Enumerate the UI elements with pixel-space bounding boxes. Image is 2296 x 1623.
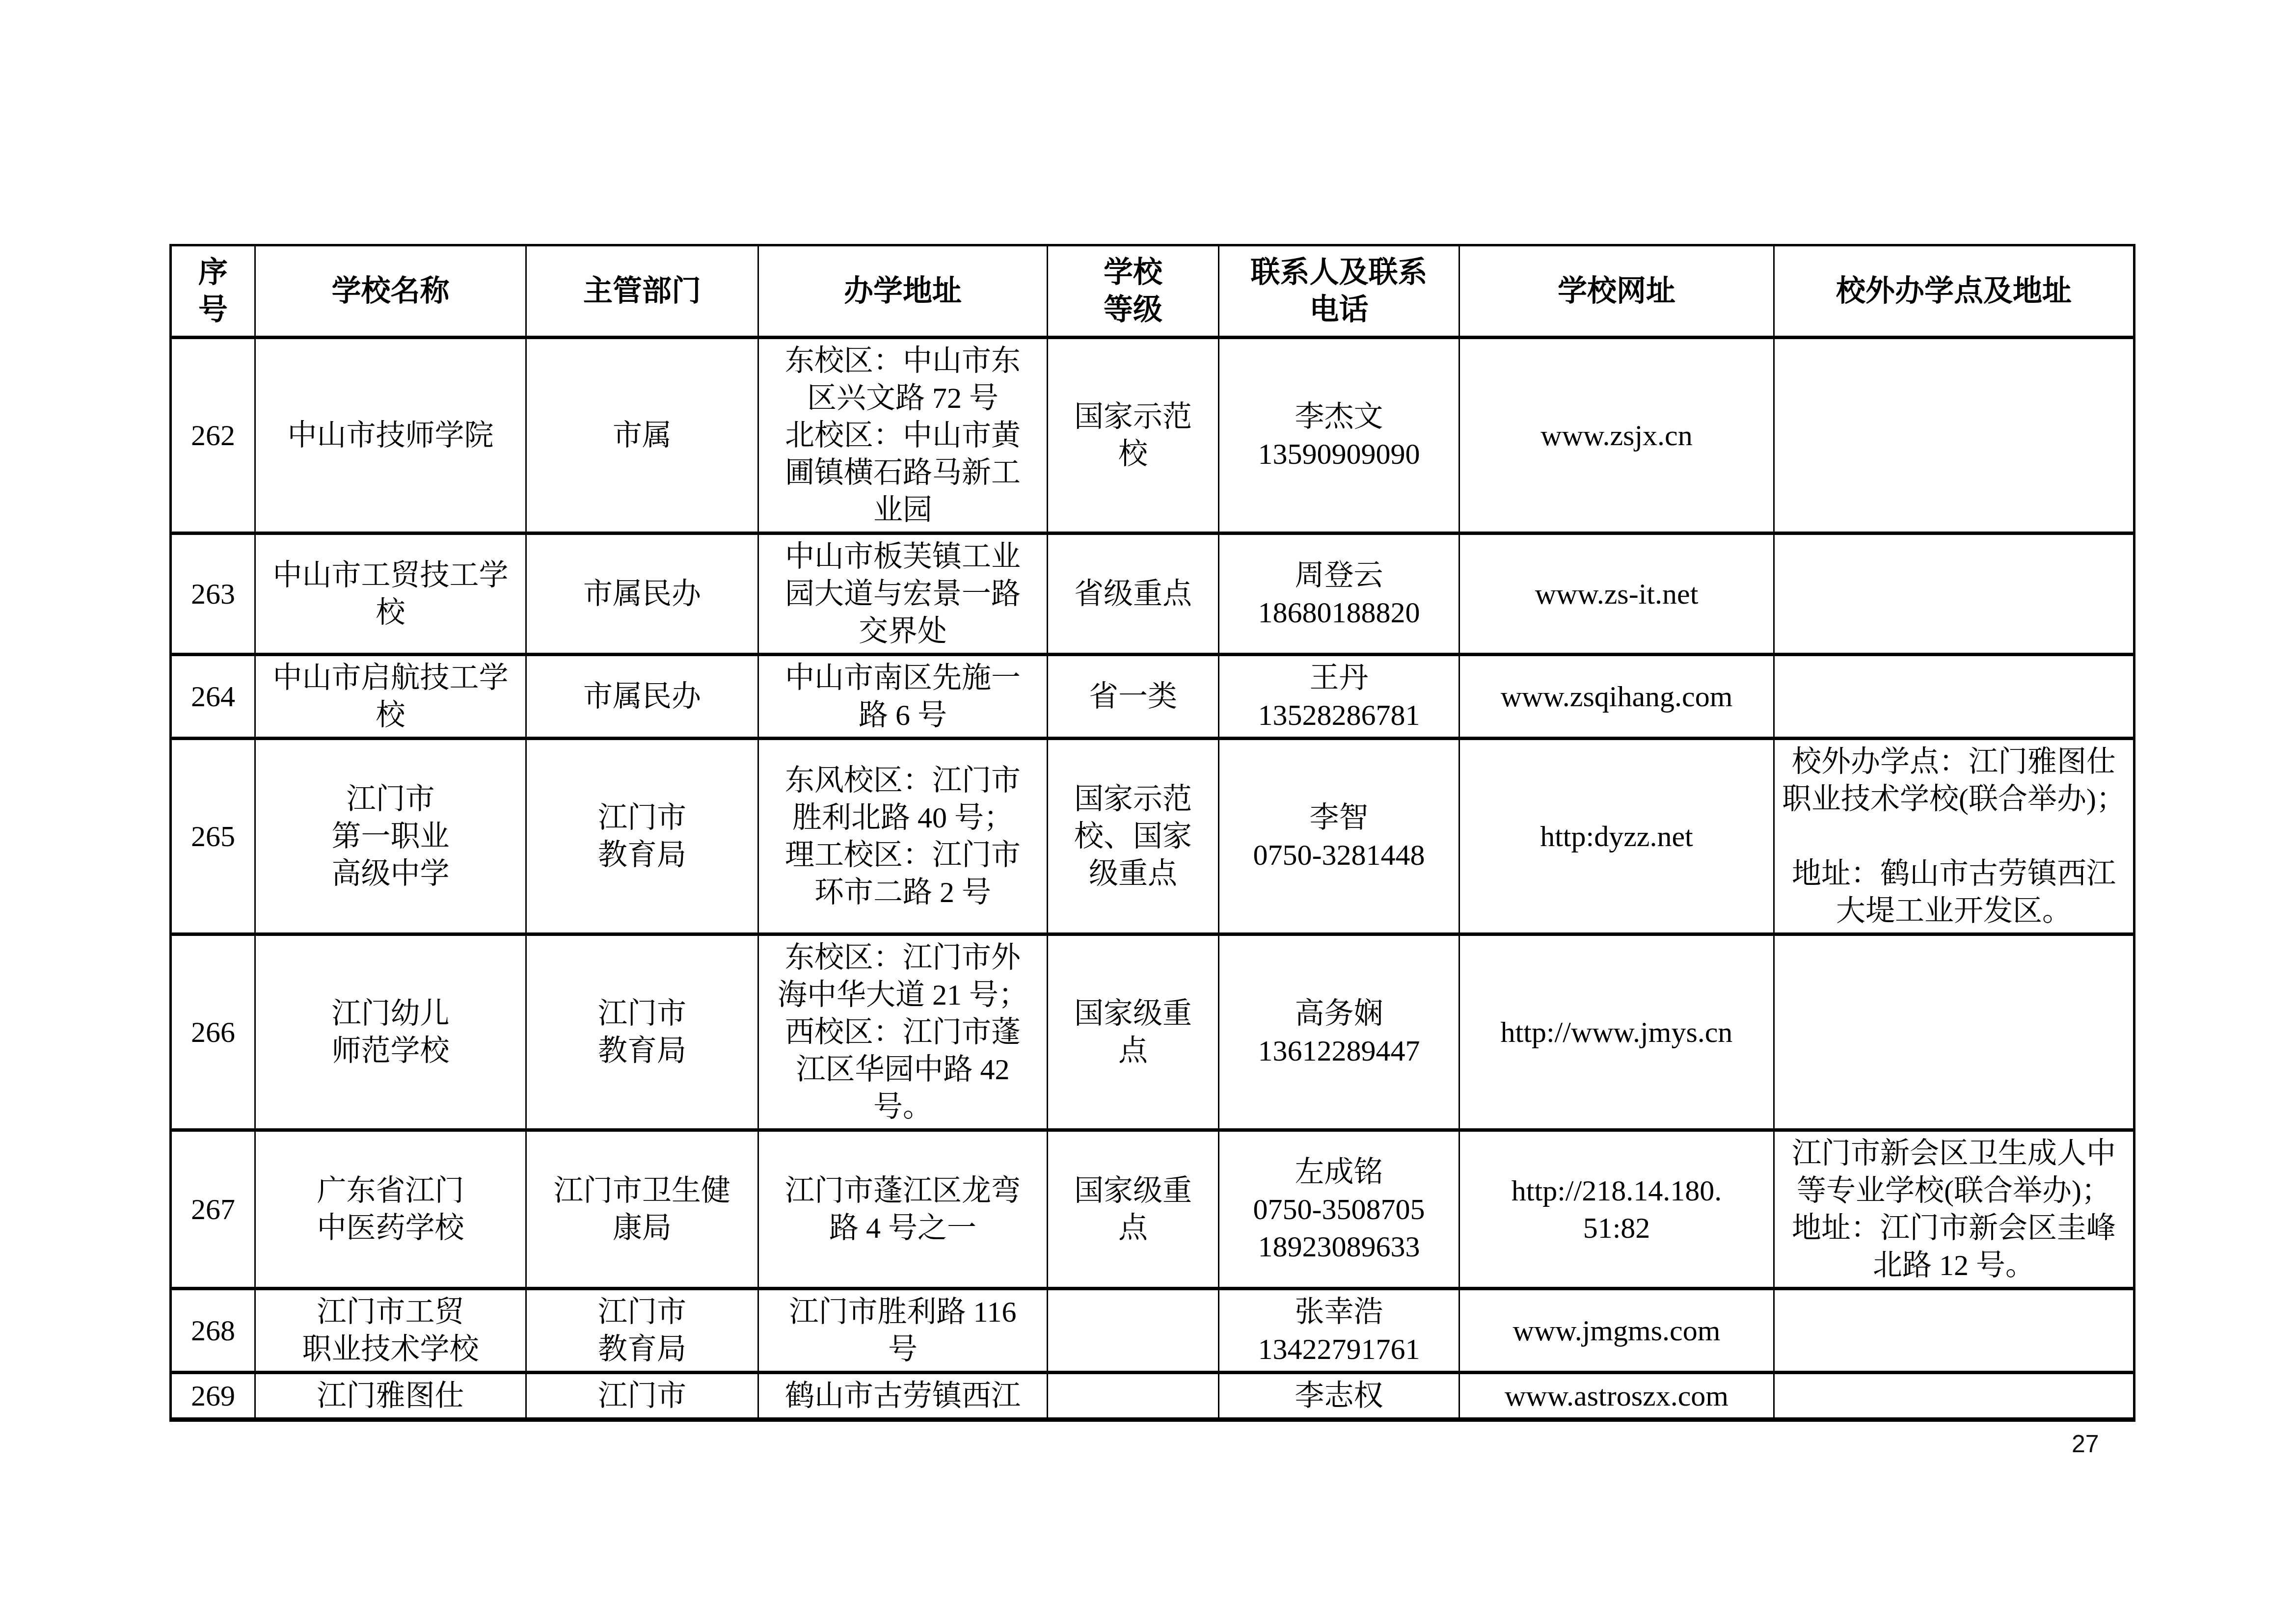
cell-contact: 李智 0750-3281448: [1219, 739, 1459, 934]
cell-no: 268: [171, 1289, 255, 1373]
cell-contact: 李志权: [1219, 1373, 1459, 1420]
cell-website: www.zsjx.cn: [1459, 338, 1774, 533]
cell-website: www.astroszx.com: [1459, 1373, 1774, 1420]
table-row-266: 266 江门幼儿 师范学校 江门市 教育局 东校区：江门市外 海中华大道 21 …: [171, 934, 2134, 1130]
header-row: 序 号 学校名称 主管部门 办学地址 学校 等级 联系人及联系 电话 学校网址 …: [171, 245, 2134, 338]
cell-level: 省一类: [1048, 655, 1219, 739]
table-row-265: 265 江门市 第一职业 高级中学 江门市 教育局 东风校区：江门市 胜利北路 …: [171, 739, 2134, 934]
cell-contact: 李杰文 13590909090: [1219, 338, 1459, 533]
cell-no: 267: [171, 1130, 255, 1289]
cell-address: 江门市胜利路 116 号: [758, 1289, 1048, 1373]
table-header: 序 号 学校名称 主管部门 办学地址 学校 等级 联系人及联系 电话 学校网址 …: [171, 245, 2134, 338]
cell-school-name: 江门雅图仕: [255, 1373, 526, 1420]
cell-level: 国家级重 点: [1048, 934, 1219, 1130]
cell-offsite: [1774, 1373, 2134, 1420]
cell-department: 市属: [526, 338, 758, 533]
cell-school-name: 江门市工贸 职业技术学校: [255, 1289, 526, 1373]
cell-level: 国家示范 校: [1048, 338, 1219, 533]
cell-department: 市属民办: [526, 655, 758, 739]
cell-level: 省级重点: [1048, 533, 1219, 655]
cell-website: http://www.jmys.cn: [1459, 934, 1774, 1130]
table-body: 262 中山市技师学院 市属 东校区：中山市东 区兴文路 72 号 北校区：中山…: [171, 338, 2134, 1420]
header-cell-contact: 联系人及联系 电话: [1219, 245, 1459, 338]
table-row-269: 269 江门雅图仕 江门市 鹤山市古劳镇西江 李志权 www.astroszx.…: [171, 1373, 2134, 1420]
table-row-263: 263 中山市工贸技工学 校 市属民办 中山市板芙镇工业 园大道与宏景一路 交界…: [171, 533, 2134, 655]
table-row-268: 268 江门市工贸 职业技术学校 江门市 教育局 江门市胜利路 116 号 张幸…: [171, 1289, 2134, 1373]
cell-offsite: 校外办学点：江门雅图仕 职业技术学校(联合举办)； 地址：鹤山市古劳镇西江 大堤…: [1774, 739, 2134, 934]
cell-school-name: 广东省江门 中医药学校: [255, 1130, 526, 1289]
cell-address: 中山市板芙镇工业 园大道与宏景一路 交界处: [758, 533, 1048, 655]
cell-contact: 张幸浩 13422791761: [1219, 1289, 1459, 1373]
cell-contact: 王丹 13528286781: [1219, 655, 1459, 739]
cell-department: 江门市 教育局: [526, 739, 758, 934]
table-row-262: 262 中山市技师学院 市属 东校区：中山市东 区兴文路 72 号 北校区：中山…: [171, 338, 2134, 533]
header-cell-level: 学校 等级: [1048, 245, 1219, 338]
cell-no: 264: [171, 655, 255, 739]
cell-website: http://218.14.180. 51:82: [1459, 1130, 1774, 1289]
table-row-267: 267 广东省江门 中医药学校 江门市卫生健 康局 江门市蓬江区龙弯 路 4 号…: [171, 1130, 2134, 1289]
cell-department: 江门市卫生健 康局: [526, 1130, 758, 1289]
cell-no: 269: [171, 1373, 255, 1420]
cell-department: 市属民办: [526, 533, 758, 655]
schools-table: 序 号 学校名称 主管部门 办学地址 学校 等级 联系人及联系 电话 学校网址 …: [169, 244, 2135, 1422]
cell-address: 江门市蓬江区龙弯 路 4 号之一: [758, 1130, 1048, 1289]
cell-level: 国家示范 校、国家 级重点: [1048, 739, 1219, 934]
cell-school-name: 中山市工贸技工学 校: [255, 533, 526, 655]
cell-level: [1048, 1289, 1219, 1373]
cell-level: 国家级重 点: [1048, 1130, 1219, 1289]
cell-offsite: [1774, 934, 2134, 1130]
schools-table-container: 序 号 学校名称 主管部门 办学地址 学校 等级 联系人及联系 电话 学校网址 …: [169, 244, 2135, 1422]
cell-website: www.jmgms.com: [1459, 1289, 1774, 1373]
cell-no: 262: [171, 338, 255, 533]
page-number: 27: [2072, 1429, 2099, 1459]
cell-no: 265: [171, 739, 255, 934]
cell-school-name: 中山市技师学院: [255, 338, 526, 533]
cell-address: 鹤山市古劳镇西江: [758, 1373, 1048, 1420]
cell-department: 江门市 教育局: [526, 934, 758, 1130]
cell-no: 266: [171, 934, 255, 1130]
cell-offsite: 江门市新会区卫生成人中 等专业学校(联合举办)； 地址：江门市新会区圭峰 北路 …: [1774, 1130, 2134, 1289]
cell-address: 中山市南区先施一 路 6 号: [758, 655, 1048, 739]
cell-offsite: [1774, 533, 2134, 655]
cell-school-name: 中山市启航技工学 校: [255, 655, 526, 739]
document-page: 序 号 学校名称 主管部门 办学地址 学校 等级 联系人及联系 电话 学校网址 …: [0, 0, 2296, 1623]
cell-level: [1048, 1373, 1219, 1420]
cell-contact: 高务娴 13612289447: [1219, 934, 1459, 1130]
cell-website: www.zs-it.net: [1459, 533, 1774, 655]
cell-website: http:dyzz.net: [1459, 739, 1774, 934]
cell-contact: 左成铭 0750-3508705 18923089633: [1219, 1130, 1459, 1289]
table-row-264: 264 中山市启航技工学 校 市属民办 中山市南区先施一 路 6 号 省一类 王…: [171, 655, 2134, 739]
cell-department: 江门市 教育局: [526, 1289, 758, 1373]
header-cell-website: 学校网址: [1459, 245, 1774, 338]
header-cell-no: 序 号: [171, 245, 255, 338]
header-cell-address: 办学地址: [758, 245, 1048, 338]
cell-website: www.zsqihang.com: [1459, 655, 1774, 739]
cell-offsite: [1774, 655, 2134, 739]
header-cell-offsite: 校外办学点及地址: [1774, 245, 2134, 338]
cell-no: 263: [171, 533, 255, 655]
cell-offsite: [1774, 338, 2134, 533]
header-cell-school-name: 学校名称: [255, 245, 526, 338]
cell-address: 东校区：江门市外 海中华大道 21 号； 西校区：江门市蓬 江区华园中路 42 …: [758, 934, 1048, 1130]
cell-offsite: [1774, 1289, 2134, 1373]
cell-school-name: 江门市 第一职业 高级中学: [255, 739, 526, 934]
cell-department: 江门市: [526, 1373, 758, 1420]
cell-contact: 周登云 18680188820: [1219, 533, 1459, 655]
header-cell-department: 主管部门: [526, 245, 758, 338]
cell-address: 东校区：中山市东 区兴文路 72 号 北校区：中山市黄 圃镇横石路马新工 业园: [758, 338, 1048, 533]
cell-address: 东风校区：江门市 胜利北路 40 号； 理工校区：江门市 环市二路 2 号: [758, 739, 1048, 934]
cell-school-name: 江门幼儿 师范学校: [255, 934, 526, 1130]
